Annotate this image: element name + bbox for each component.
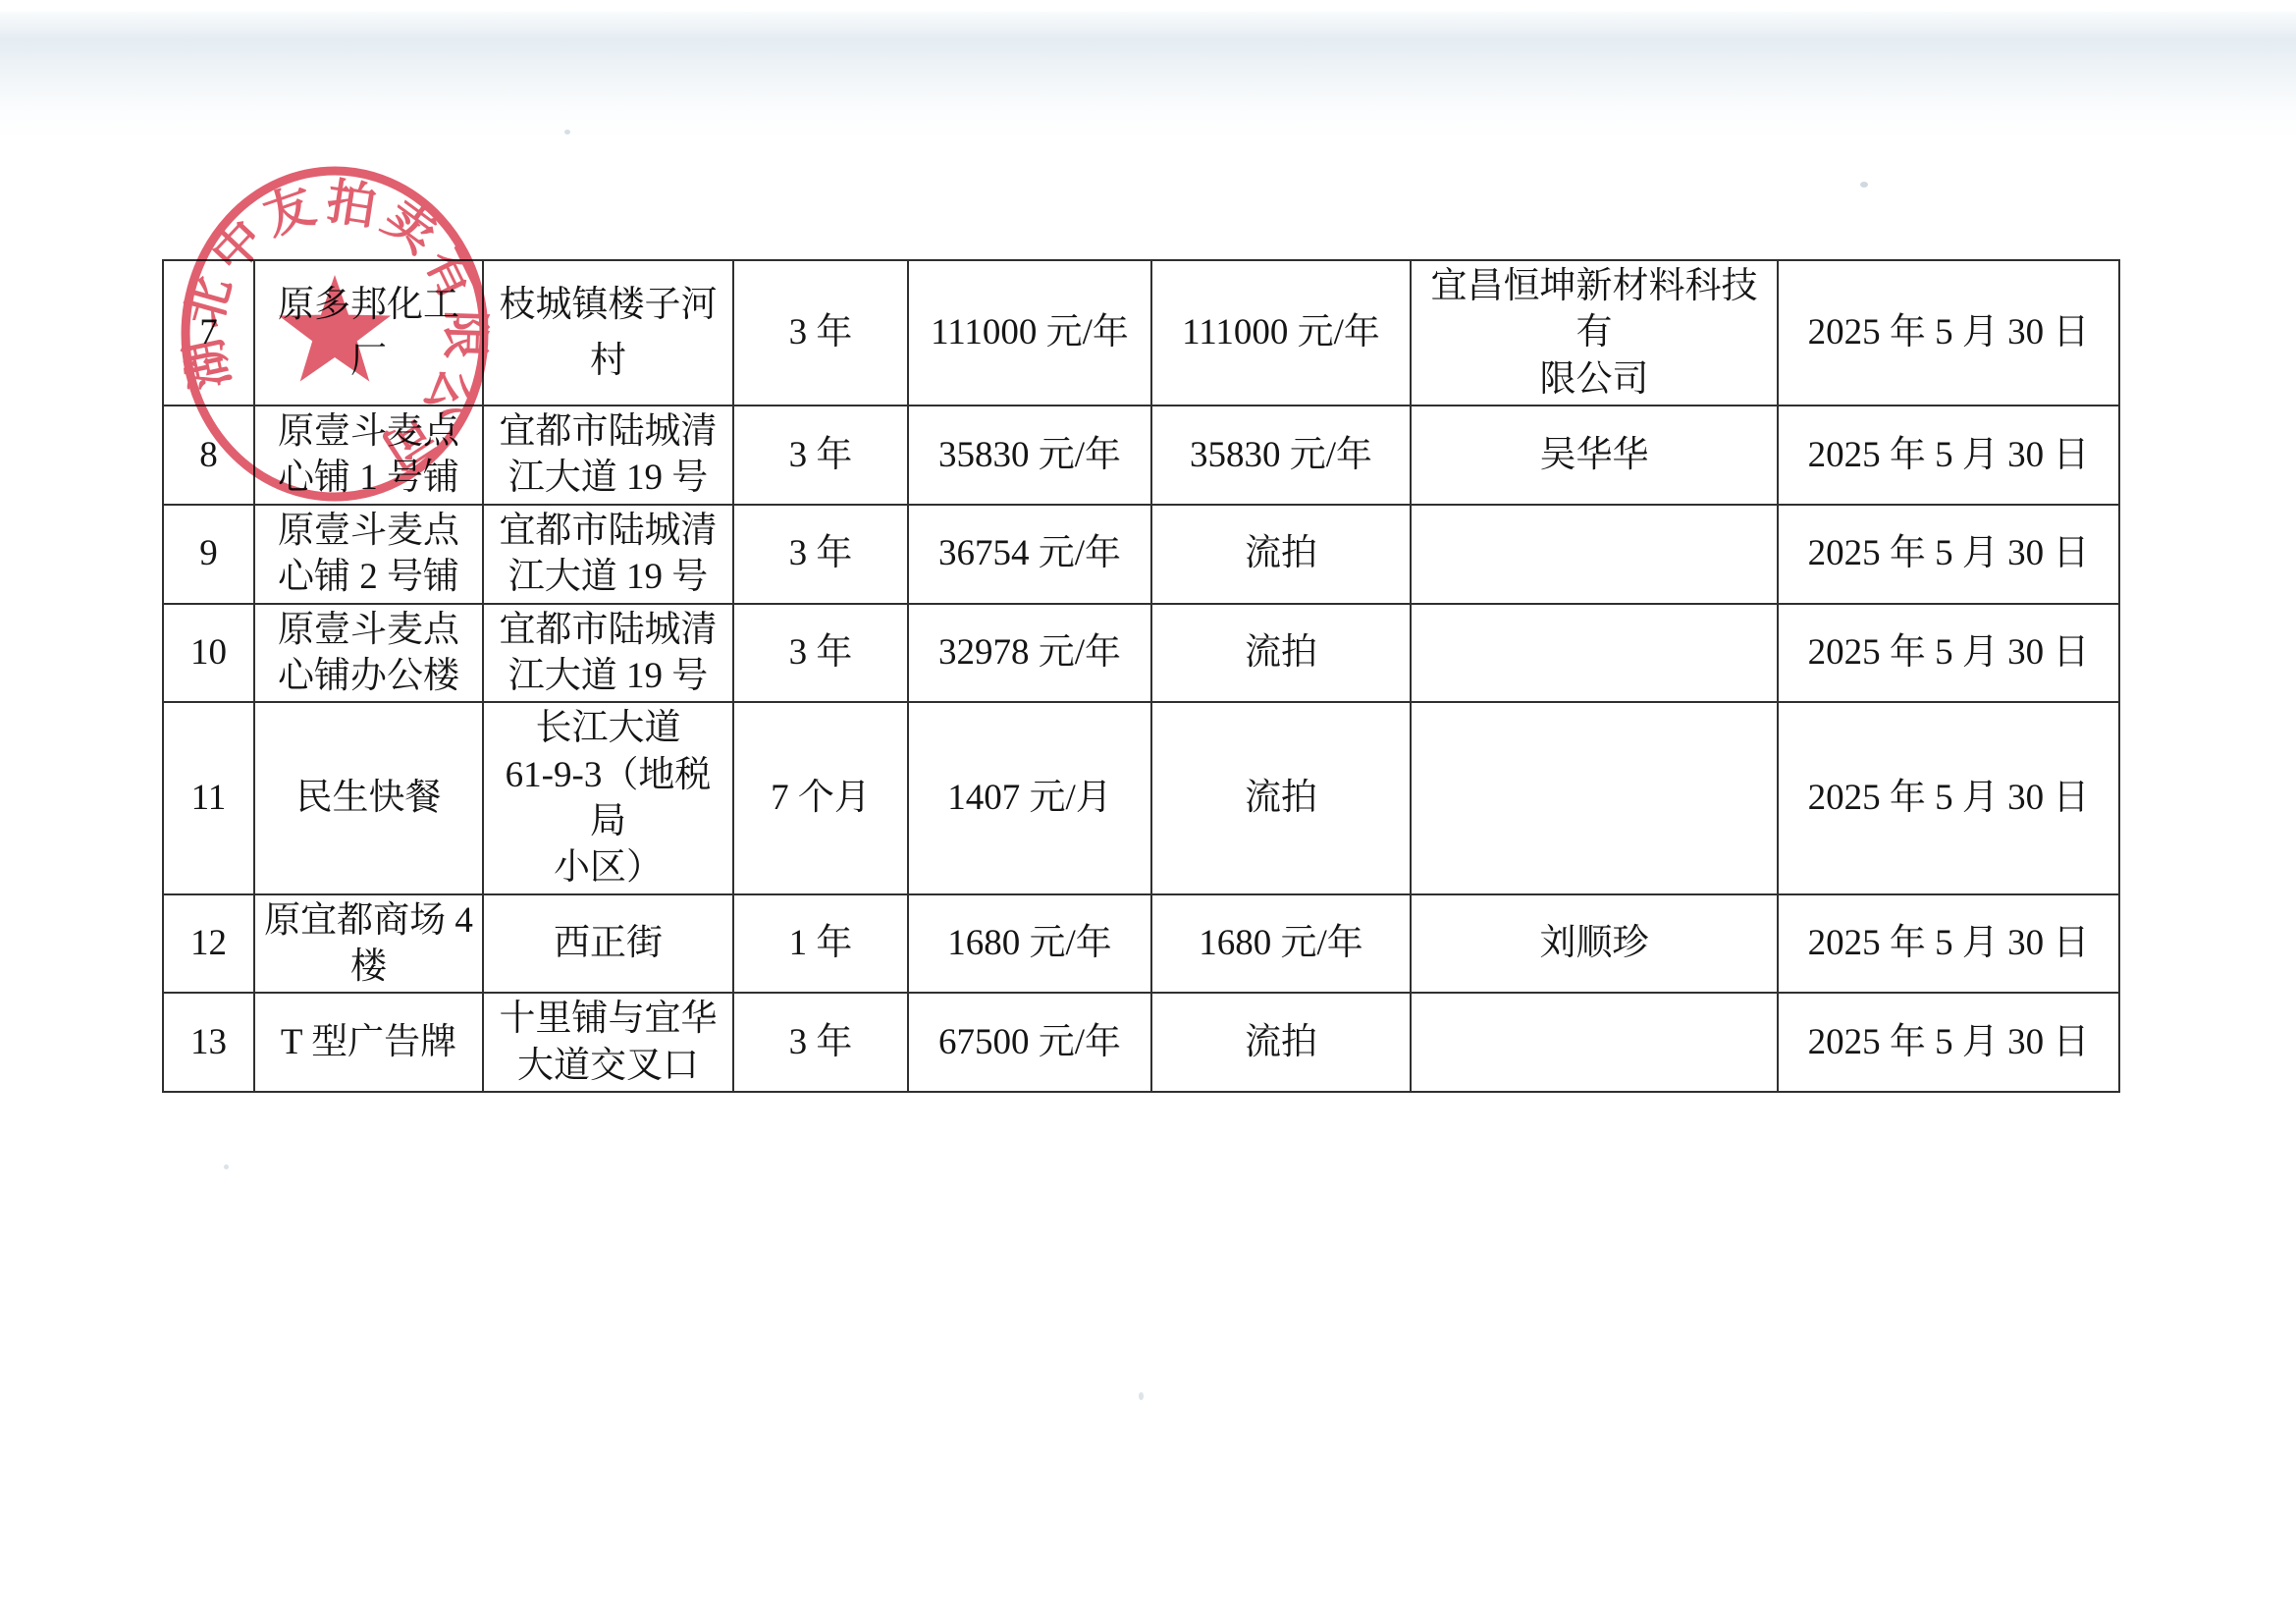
buyer-cell: 宜昌恒坤新材料科技有 限公司 xyxy=(1411,260,1778,406)
buyer-cell: 吴华华 xyxy=(1411,406,1778,505)
location-cell: 枝城镇楼子河 村 xyxy=(483,260,733,406)
location-cell: 十里铺与宜华 大道交叉口 xyxy=(483,993,733,1092)
location-cell: 宜都市陆城清 江大道 19 号 xyxy=(483,406,733,505)
deal-date-cell: 2025 年 5 月 30 日 xyxy=(1778,993,2119,1092)
asset-name-cell: 原壹斗麦点 心铺办公楼 xyxy=(254,604,483,703)
table-row: 7 原多邦化工 厂 枝城镇楼子河 村 3 年 111000 元/年 111000… xyxy=(163,260,2119,406)
deal-date-cell: 2025 年 5 月 30 日 xyxy=(1778,604,2119,703)
row-number-cell: 11 xyxy=(163,702,254,893)
row-number-cell: 7 xyxy=(163,260,254,406)
row-number-cell: 8 xyxy=(163,406,254,505)
deal-date-cell: 2025 年 5 月 30 日 xyxy=(1778,505,2119,604)
reserve-price-cell: 32978 元/年 xyxy=(908,604,1151,703)
scan-speck xyxy=(224,1164,229,1169)
buyer-cell xyxy=(1411,604,1778,703)
reserve-price-cell: 111000 元/年 xyxy=(908,260,1151,406)
deal-result-cell: 流拍 xyxy=(1151,993,1411,1092)
table-row: 10 原壹斗麦点 心铺办公楼 宜都市陆城清 江大道 19 号 3 年 32978… xyxy=(163,604,2119,703)
deal-result-cell: 流拍 xyxy=(1151,702,1411,893)
scan-speck xyxy=(1860,182,1868,188)
buyer-cell xyxy=(1411,702,1778,893)
deal-result-cell: 流拍 xyxy=(1151,505,1411,604)
deal-date-cell: 2025 年 5 月 30 日 xyxy=(1778,406,2119,505)
location-cell: 长江大道 61-9-3（地税局 小区） xyxy=(483,702,733,893)
buyer-cell xyxy=(1411,993,1778,1092)
deal-date-cell: 2025 年 5 月 30 日 xyxy=(1778,260,2119,406)
asset-name-cell: 原宜都商场 4 楼 xyxy=(254,894,483,994)
reserve-price-cell: 36754 元/年 xyxy=(908,505,1151,604)
reserve-price-cell: 1680 元/年 xyxy=(908,894,1151,994)
deal-result-cell: 35830 元/年 xyxy=(1151,406,1411,505)
buyer-cell xyxy=(1411,505,1778,604)
row-number-cell: 9 xyxy=(163,505,254,604)
asset-name-cell: T 型广告牌 xyxy=(254,993,483,1092)
asset-name-cell: 民生快餐 xyxy=(254,702,483,893)
scanned-document-page: 7 原多邦化工 厂 枝城镇楼子河 村 3 年 111000 元/年 111000… xyxy=(0,0,2296,1623)
lease-term-cell: 3 年 xyxy=(733,505,908,604)
location-cell: 西正街 xyxy=(483,894,733,994)
asset-name-cell: 原壹斗麦点 心铺 2 号铺 xyxy=(254,505,483,604)
scan-speck xyxy=(1139,1392,1144,1400)
row-number-cell: 12 xyxy=(163,894,254,994)
scan-artifact-band xyxy=(0,12,2296,139)
auction-results-table: 7 原多邦化工 厂 枝城镇楼子河 村 3 年 111000 元/年 111000… xyxy=(162,259,2120,1093)
reserve-price-cell: 67500 元/年 xyxy=(908,993,1151,1092)
asset-name-cell: 原多邦化工 厂 xyxy=(254,260,483,406)
row-number-cell: 13 xyxy=(163,993,254,1092)
location-cell: 宜都市陆城清 江大道 19 号 xyxy=(483,604,733,703)
lease-term-cell: 3 年 xyxy=(733,406,908,505)
lease-term-cell: 3 年 xyxy=(733,260,908,406)
asset-name-cell: 原壹斗麦点 心铺 1 号铺 xyxy=(254,406,483,505)
deal-result-cell: 流拍 xyxy=(1151,604,1411,703)
deal-date-cell: 2025 年 5 月 30 日 xyxy=(1778,702,2119,893)
lease-term-cell: 1 年 xyxy=(733,894,908,994)
reserve-price-cell: 35830 元/年 xyxy=(908,406,1151,505)
table-row: 8 原壹斗麦点 心铺 1 号铺 宜都市陆城清 江大道 19 号 3 年 3583… xyxy=(163,406,2119,505)
table-row: 12 原宜都商场 4 楼 西正街 1 年 1680 元/年 1680 元/年 刘… xyxy=(163,894,2119,994)
table-row: 9 原壹斗麦点 心铺 2 号铺 宜都市陆城清 江大道 19 号 3 年 3675… xyxy=(163,505,2119,604)
deal-result-cell: 1680 元/年 xyxy=(1151,894,1411,994)
buyer-cell: 刘顺珍 xyxy=(1411,894,1778,994)
row-number-cell: 10 xyxy=(163,604,254,703)
table-row: 13 T 型广告牌 十里铺与宜华 大道交叉口 3 年 67500 元/年 流拍 … xyxy=(163,993,2119,1092)
deal-date-cell: 2025 年 5 月 30 日 xyxy=(1778,894,2119,994)
reserve-price-cell: 1407 元/月 xyxy=(908,702,1151,893)
table-row: 11 民生快餐 长江大道 61-9-3（地税局 小区） 7 个月 1407 元/… xyxy=(163,702,2119,893)
location-cell: 宜都市陆城清 江大道 19 号 xyxy=(483,505,733,604)
lease-term-cell: 7 个月 xyxy=(733,702,908,893)
scan-speck xyxy=(564,130,570,135)
lease-term-cell: 3 年 xyxy=(733,993,908,1092)
lease-term-cell: 3 年 xyxy=(733,604,908,703)
deal-result-cell: 111000 元/年 xyxy=(1151,260,1411,406)
